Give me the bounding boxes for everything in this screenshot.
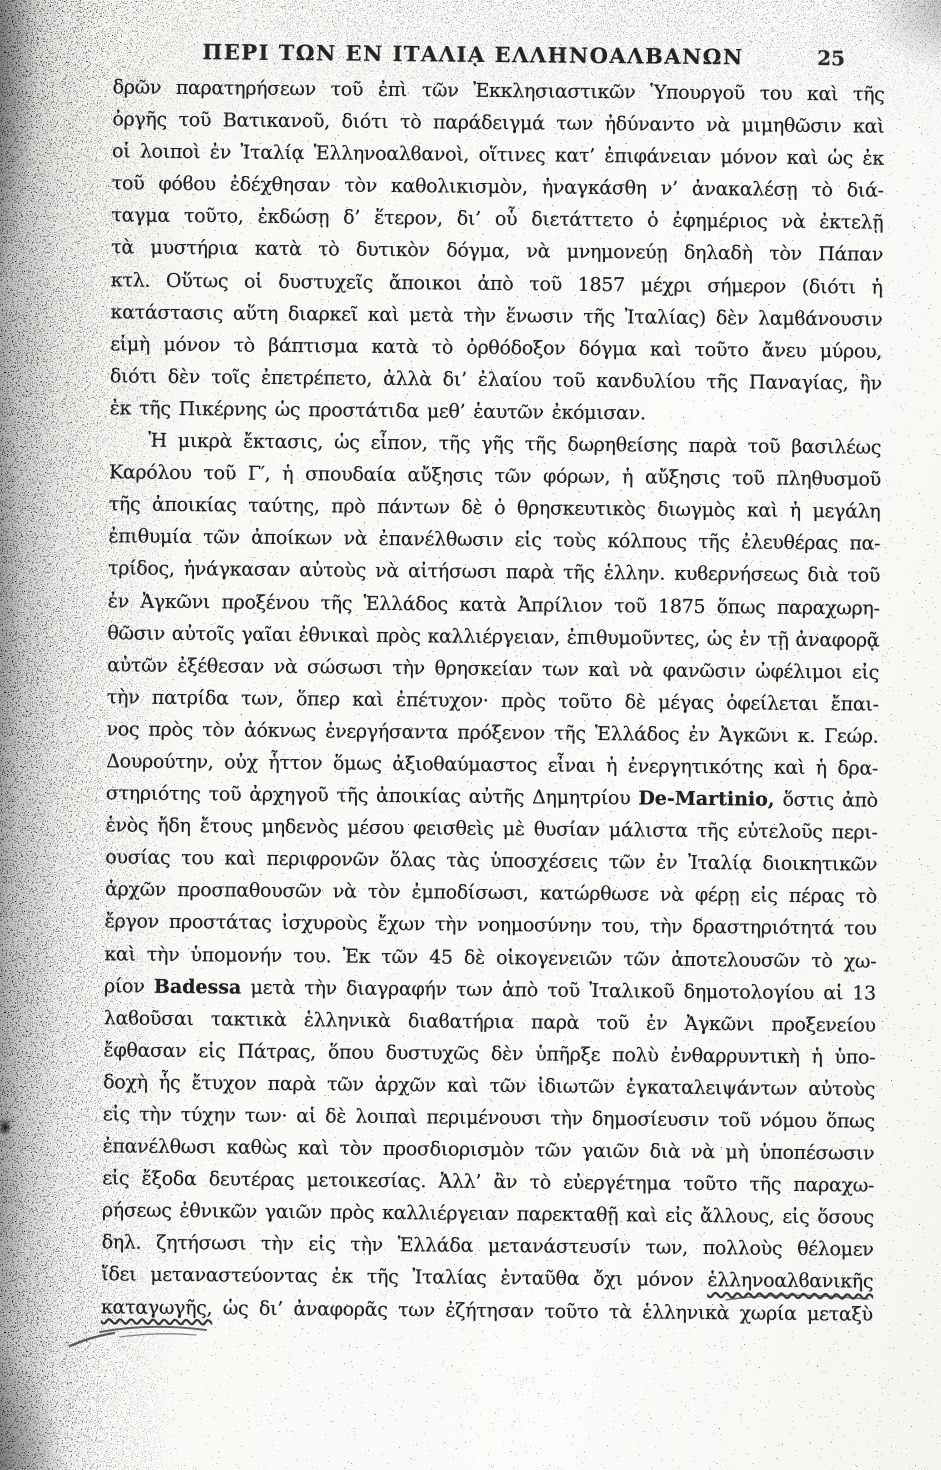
- word: τῆς: [563, 557, 595, 589]
- word: ἔργον: [105, 906, 160, 939]
- word: τὸν: [368, 876, 401, 908]
- word: εἶναι: [548, 749, 596, 782]
- word: καὶ: [588, 654, 620, 686]
- word: τὰ: [111, 232, 134, 264]
- word: τὴν: [304, 972, 337, 1004]
- word: ἠναγκάσθη: [542, 172, 647, 205]
- word: λοιποὶ: [140, 136, 201, 169]
- word: τοῦ: [847, 560, 880, 592]
- word: ἀρχῶν: [375, 1069, 436, 1102]
- word: Ὑπουργοῦ: [650, 76, 745, 109]
- word: διά-: [847, 175, 884, 207]
- word: ὀργῆς: [112, 103, 167, 136]
- word: εἶπον,: [371, 427, 428, 460]
- word: Βατικανοῦ,: [223, 104, 330, 137]
- word: νὰ: [629, 654, 653, 686]
- word: προσπαθουσῶν: [177, 874, 322, 907]
- scan-content: ΠΕΡΙ ΤΩΝ ΕΝ ΙΤΑΛΙᾼ ΕΛΛΗΝΟΑΛΒΑΝΩΝ 25 δρῶν…: [99, 0, 885, 1470]
- word: ἡ: [816, 752, 827, 784]
- word: των: [456, 973, 493, 1005]
- word: δημοσίευσιν: [592, 1103, 709, 1136]
- word: Παναγίας,: [749, 366, 849, 399]
- word: τῆς: [109, 488, 141, 520]
- word: προξενείου: [771, 1008, 876, 1041]
- word: τρίδος,: [108, 553, 175, 586]
- word: θρησκείαν: [434, 652, 532, 685]
- word: δευτέρας: [209, 1163, 295, 1196]
- word: εἰς: [103, 1098, 130, 1130]
- word: των·: [245, 1100, 288, 1132]
- word: δὲ: [624, 686, 645, 718]
- word: ἐπέτυχον·: [396, 684, 489, 717]
- word: αὐτοὺς: [808, 1073, 875, 1106]
- word: δραστηριότητά: [692, 911, 834, 944]
- word: ζητήσωσι: [156, 1227, 246, 1260]
- word: οὐχ: [224, 746, 258, 778]
- word: ν’: [661, 173, 678, 205]
- word: τὴν: [435, 909, 468, 941]
- word: ἀλλὰ: [383, 363, 432, 396]
- word: οἵτινες: [479, 139, 546, 172]
- word: τὴν: [261, 1228, 294, 1260]
- word: ὁ: [647, 205, 658, 237]
- word: Ἡ: [148, 425, 167, 457]
- word: καλλιέργειαν,: [427, 620, 560, 653]
- word: φόϐου: [158, 168, 216, 201]
- word: ὡς: [275, 394, 301, 426]
- text-line: καταγωγῆς,ὡςδι’ἀναφορᾶςτωνἐζήτησαντοῦτοτ…: [101, 1291, 873, 1331]
- word: ἐξέθεσαν: [177, 650, 264, 683]
- word: αὐτοὺς: [299, 555, 366, 588]
- word: νὰ: [781, 206, 805, 238]
- word: δι’: [457, 203, 481, 235]
- word: ἐνθαρρυντικὴ: [670, 1040, 799, 1073]
- word: σήμερον: [707, 270, 786, 303]
- word: τὸ: [529, 1167, 551, 1199]
- word: των: [542, 653, 579, 685]
- word: τῶν: [535, 1134, 572, 1166]
- word: χωρία: [740, 1297, 797, 1330]
- word: του: [844, 913, 877, 945]
- word: ἐπετρέπετο,: [261, 362, 372, 395]
- word: μετὰ: [409, 299, 454, 332]
- word: ὄχι: [593, 1263, 623, 1295]
- word: νὰ: [526, 236, 550, 268]
- word: τὴν: [139, 1099, 172, 1131]
- word: Ἀπρίλιον: [518, 589, 603, 622]
- word: ἐθνικῶν: [179, 1195, 257, 1228]
- word: καὶ: [787, 142, 819, 174]
- word: σπουδαία: [305, 458, 396, 491]
- word: μεγάλη: [812, 495, 880, 528]
- word: τοῦτο,: [184, 200, 244, 233]
- word: κατάστασις: [110, 296, 223, 329]
- word: ὅλας: [390, 844, 436, 877]
- word: κατώρθωσε: [540, 878, 649, 911]
- word: τὴν: [350, 1229, 383, 1261]
- word: 1857: [578, 268, 625, 301]
- word: ἐκ: [862, 143, 884, 175]
- word: Ἀγκῶνι: [684, 1008, 754, 1041]
- word: ἐπιφάνειαν: [604, 140, 711, 173]
- word: ἀποτελουσῶν: [671, 943, 800, 976]
- word: πληθυσμοῦ: [776, 463, 881, 496]
- word: διαγραφήν: [346, 972, 447, 1005]
- word: ἐπιθυμία: [108, 521, 192, 554]
- word: τὴν: [650, 911, 683, 943]
- word: ἐκόμισαν.: [551, 396, 645, 429]
- word: τὸ: [855, 881, 877, 913]
- word: δρῶν: [113, 71, 162, 104]
- word: τὴν: [107, 681, 140, 713]
- word: Ἰταλίας): [625, 301, 707, 334]
- word: λαμϐάνουσιν: [758, 302, 883, 335]
- word: 13: [852, 977, 876, 1009]
- word: τῆς: [336, 780, 368, 812]
- word: δηλαδὴ: [684, 237, 753, 270]
- word: ἡ: [622, 461, 633, 493]
- word: βασιλέως: [791, 431, 881, 464]
- word: αὔξησις: [407, 459, 483, 492]
- word: χω-: [844, 945, 877, 977]
- word: εἰς: [198, 1035, 225, 1067]
- word: μετανάστευσίν: [488, 1230, 631, 1263]
- word: 1875: [658, 590, 705, 623]
- word: γαιῶν: [265, 1196, 322, 1229]
- word: πολὺ: [612, 1039, 659, 1072]
- word: Ἑλλάδος: [595, 718, 680, 751]
- word: προστάτιδα: [308, 394, 419, 427]
- word: ἀποίκων: [251, 522, 332, 555]
- word: ἡ: [871, 271, 882, 303]
- word: καὶ: [224, 843, 256, 875]
- word: ἐκ: [331, 1261, 353, 1293]
- word: τῶν: [489, 1070, 526, 1102]
- word: αἱ: [823, 977, 843, 1009]
- word: ἡ: [790, 495, 801, 527]
- word: ὑπο-: [834, 1041, 875, 1073]
- word: τοῦτο: [544, 1295, 598, 1328]
- word: προστάτας: [169, 906, 272, 939]
- word: δηλ.: [101, 1227, 141, 1259]
- word: καὶ: [650, 333, 682, 365]
- word: νὰ: [375, 555, 399, 587]
- word: ἐπιθυμοῦντες,: [567, 621, 700, 654]
- word: τὴν: [550, 1103, 583, 1135]
- word: ἑαυτῶν: [473, 396, 544, 429]
- word: ἑλληνικὰ: [642, 1296, 729, 1329]
- word: διετάττετο: [531, 204, 633, 237]
- word: δὲν: [168, 361, 201, 393]
- word: μεθ’: [427, 395, 466, 427]
- word: τοῦ: [529, 268, 562, 300]
- word: ἑνὸς: [105, 809, 148, 842]
- word: ἠδύναντο: [605, 108, 695, 141]
- word: Ἑλλάδος: [363, 587, 448, 620]
- word: ἐν: [108, 585, 129, 617]
- word: τὸ: [318, 234, 340, 266]
- word: τῆς: [320, 587, 352, 619]
- word: ἡ: [606, 750, 617, 782]
- word: μόνον: [637, 1264, 694, 1297]
- word: τὸν: [769, 238, 802, 270]
- word: μὲ: [503, 813, 525, 845]
- word: Badessa: [154, 970, 242, 1003]
- word: πρὸς: [376, 619, 421, 652]
- word: πέρας: [789, 880, 845, 913]
- word: τῶν: [422, 74, 459, 106]
- word: ὀφείλεται: [726, 687, 818, 720]
- word: περιφρονῶν: [266, 843, 379, 876]
- word: εἰς: [750, 880, 777, 912]
- word: δ’: [343, 202, 360, 234]
- word: καὶ: [104, 938, 136, 970]
- word: ἐπανέλθωσι: [102, 1130, 216, 1163]
- page-header: ΠΕΡΙ ΤΩΝ ΕΝ ΙΤΑΛΙᾼ ΕΛΛΗΝΟΑΛΒΑΝΩΝ 25: [113, 38, 885, 73]
- word: τοῦτο: [694, 334, 748, 367]
- word: κατ’: [555, 140, 595, 172]
- word: ἐδέχθησαν: [230, 169, 331, 202]
- word: ἠνάγκασαν: [184, 553, 291, 586]
- word: εἰμὴ: [110, 328, 150, 360]
- word: παρὰ: [506, 556, 554, 589]
- word: δρα-: [837, 752, 878, 784]
- word: ὅσους: [817, 1201, 874, 1234]
- word: φόρων,: [543, 461, 611, 494]
- word: τοῦ: [718, 1104, 751, 1136]
- paragraph: δρῶνπαρατηρήσεωντοῦἐπὶτῶνἘκκλησιαστικῶνὙ…: [109, 71, 884, 431]
- word: Γεώρ.: [824, 720, 879, 753]
- word: ἀρχῶν: [105, 874, 166, 907]
- word: παράδειγμά: [433, 106, 545, 139]
- word: καθολικισμὸν,: [391, 170, 528, 203]
- word: δόγμα,: [446, 235, 510, 268]
- word: πάντων: [377, 491, 450, 524]
- word: Ἐκκλησιαστικῶν: [473, 75, 636, 109]
- word: τὸν: [202, 714, 235, 746]
- word: παρὰ: [531, 1006, 579, 1039]
- word: γαῖαι: [241, 618, 292, 651]
- word: μετὰ: [250, 971, 295, 1004]
- first-line-indent: [109, 424, 137, 456]
- word: παρὰ: [688, 430, 736, 463]
- word: τοῦ: [178, 104, 211, 136]
- word: κανδυλίου: [596, 365, 695, 398]
- word: καὶ: [807, 78, 839, 110]
- word: τὸ: [811, 945, 833, 977]
- word: τοῦ: [547, 974, 580, 1006]
- word: τακτικὰ: [211, 1003, 287, 1036]
- word: οἰκογενειῶν: [496, 942, 612, 975]
- word: ἐφημέριος: [672, 205, 767, 238]
- word: τοῦ: [732, 462, 765, 494]
- word: πρὸς: [501, 685, 546, 718]
- word: ἀποικίας: [152, 489, 237, 522]
- word: τοῦτο: [683, 1168, 737, 1201]
- word: σώσωσι: [307, 651, 383, 684]
- word: δωρηθείσης: [567, 429, 678, 462]
- word: κατὰ: [371, 331, 418, 364]
- word: ἑλληνικὰ: [304, 1004, 391, 1037]
- word: ἐκ: [109, 392, 131, 424]
- word: πρόξενον: [457, 717, 545, 750]
- word: οἱ: [244, 265, 263, 297]
- word: ὡς: [827, 142, 853, 174]
- word: εἰς: [665, 1200, 692, 1232]
- word: καὶ: [298, 1132, 330, 1164]
- word: ὅπου: [328, 1036, 374, 1069]
- word: νόμου: [760, 1105, 817, 1138]
- word: αὐτοῖς: [172, 617, 235, 650]
- word: δι’: [443, 363, 467, 395]
- word: νὰ: [706, 109, 730, 141]
- word: ἀνακαλέσῃ: [692, 173, 798, 206]
- word: δι’: [259, 1292, 283, 1324]
- word: πρὸς: [330, 1197, 375, 1230]
- word: ἧς: [159, 1067, 181, 1099]
- word: βάπτισμα: [268, 330, 358, 363]
- word: ἀποικίας: [376, 780, 461, 813]
- word: καὶ: [747, 495, 779, 527]
- word: διοικητικῶν: [762, 848, 877, 881]
- word: ἐπὶ: [378, 74, 408, 106]
- word: Γ′,: [248, 458, 271, 490]
- word: ἐπανέλθωσιν: [379, 523, 504, 556]
- word: ἀπὸ: [842, 784, 878, 816]
- word: ἔχων: [377, 908, 425, 941]
- word: αὕτη: [233, 297, 278, 330]
- word: ἐκδώσῃ: [257, 201, 329, 234]
- word: παραχω-: [793, 1169, 874, 1202]
- word: τῶν: [609, 846, 646, 878]
- word: του: [181, 842, 214, 874]
- word: τοῖς: [211, 361, 250, 393]
- word: εὐτελοῦς: [737, 815, 822, 848]
- word: τὸ: [400, 106, 422, 138]
- word: Ἑλλάδα: [398, 1229, 474, 1262]
- word: ουσίας: [105, 842, 170, 875]
- word: ἐμποδίσωσι,: [411, 877, 528, 910]
- word: μὴ: [725, 1136, 748, 1168]
- word: νος: [106, 713, 139, 745]
- word: ἐλαίου: [478, 364, 542, 397]
- word: εἰς: [782, 1201, 809, 1233]
- word: μέγας: [658, 686, 714, 719]
- word: εἰς: [514, 524, 541, 556]
- word: Πικέρνης: [179, 393, 267, 426]
- word: 45: [429, 941, 453, 973]
- word: μέχρι: [641, 269, 692, 302]
- word: ὑποσχέσεις: [490, 845, 598, 878]
- word: τοὺς: [553, 525, 596, 558]
- word: καὶ: [853, 110, 885, 142]
- word: νοημοσύνην: [477, 909, 591, 942]
- word: τοῦ: [596, 1007, 629, 1039]
- pencil-underlined-word: καταγωγῆς,: [101, 1291, 213, 1324]
- word: ὠφέλιμοι: [755, 655, 842, 688]
- word: κατὰ: [255, 233, 302, 266]
- word: διὰ: [807, 559, 838, 591]
- word: Ἰταλικοῦ: [589, 975, 675, 1008]
- word: τοῦ: [112, 168, 145, 200]
- word: ἐκτελῇ: [819, 206, 883, 239]
- word: τῆς: [439, 427, 471, 459]
- word: ὅμως: [333, 747, 382, 780]
- word: τὸ: [811, 174, 833, 206]
- word: του,: [601, 910, 640, 942]
- text-block: δρῶνπαρατηρήσεωντοῦἐπὶτῶνἘκκλησιαστικῶνὙ…: [101, 71, 885, 1330]
- word: ρίον: [104, 970, 145, 1002]
- word: τὴν: [463, 299, 496, 331]
- word: μηδενὸς: [262, 811, 339, 844]
- word: τῶν: [203, 521, 240, 553]
- word: ἀόκνως: [244, 714, 316, 747]
- word: τὸν: [344, 170, 377, 202]
- word: Δημητρίου: [532, 781, 631, 814]
- word: φεισθεὶς: [413, 812, 494, 845]
- word: ἔτους: [200, 810, 253, 843]
- word: δυστυχῶς: [385, 1037, 479, 1070]
- word: μόνον: [163, 329, 220, 362]
- word: καθὼς: [226, 1132, 287, 1165]
- word: του: [760, 78, 793, 110]
- word: μεταναστεύοντας: [150, 1259, 318, 1293]
- word: ὁ: [494, 492, 505, 524]
- word: Ἀγκῶνι: [719, 719, 789, 752]
- word: τοῦ: [748, 430, 781, 462]
- word: κυϐερνήσεως: [674, 558, 798, 591]
- word: καὶ: [447, 1069, 479, 1101]
- word: δημοτολογίου: [684, 975, 815, 1008]
- word: ἰσχυροὺς: [281, 907, 367, 940]
- word: ἂν: [493, 1166, 517, 1198]
- word: διαϐατήρια: [408, 1005, 514, 1038]
- word: μύρου,: [820, 335, 883, 368]
- word: νὰ: [274, 651, 298, 683]
- word: ὑποπέσωσιν: [759, 1137, 875, 1170]
- word: φανῶσιν: [662, 654, 745, 687]
- word: τῆς: [367, 1261, 399, 1293]
- word: τῆς: [554, 717, 586, 749]
- word: δὲ: [464, 941, 485, 973]
- word: τῶν: [623, 943, 660, 975]
- word: δὲ: [461, 492, 482, 524]
- word: περιμένουσι: [426, 1101, 541, 1134]
- word: τοῦ: [552, 364, 585, 396]
- word: Ἐκ: [343, 940, 371, 972]
- word: ἰδιωτῶν: [537, 1070, 615, 1103]
- word: ὡς: [707, 623, 733, 655]
- word: τοῦ: [203, 457, 236, 489]
- word: ὅπως: [826, 1105, 875, 1138]
- word: των: [556, 108, 593, 140]
- word: ὡς: [223, 1292, 249, 1324]
- word: αἱ: [296, 1100, 316, 1132]
- word: μόνον: [720, 141, 777, 174]
- word: ἀξιοθαύμαστος: [392, 748, 537, 781]
- word: τῆς: [139, 392, 171, 424]
- word: ἐν: [656, 847, 677, 879]
- word: ταύτης,: [248, 490, 320, 523]
- word: ἔξοδα: [141, 1163, 196, 1196]
- word: (διότι: [802, 270, 856, 303]
- word: τὸ: [432, 331, 454, 363]
- word: εἰς: [308, 1229, 335, 1261]
- word: ἧττον: [268, 747, 322, 780]
- running-title: ΠΕΡΙ ΤΩΝ ΕΝ ΙΤΑΛΙᾼ ΕΛΛΗΝΟΑΛΒΑΝΩΝ: [87, 38, 859, 70]
- word: τὰς: [446, 845, 479, 877]
- word: των,: [645, 1232, 688, 1264]
